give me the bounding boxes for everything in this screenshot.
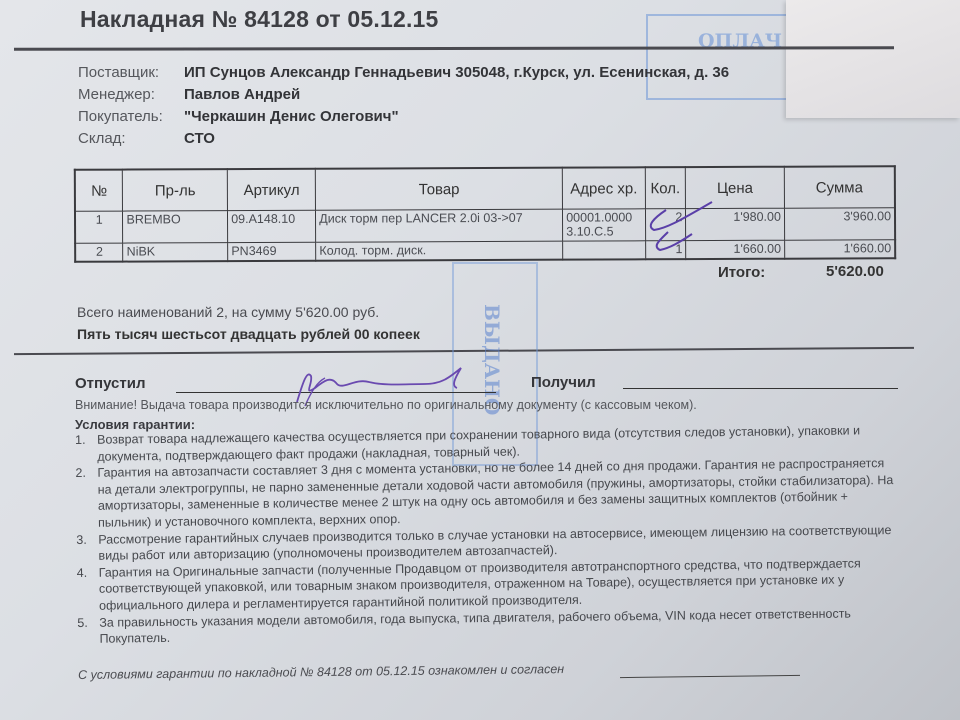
- supplier-value: ИП Сунцов Александр Геннадьевич 305048, …: [184, 62, 729, 84]
- warranty-item-number: 1.: [75, 432, 97, 465]
- received-label: Получил: [531, 374, 596, 391]
- row-address: 00001.0000 3.10.C.5: [563, 209, 646, 241]
- row-address: [563, 241, 646, 259]
- warranty-agreement: С условиями гарантии по накладной № 8412…: [78, 662, 564, 682]
- row-product: Диск торм пер LANCER 2.0i 03->07: [316, 209, 563, 242]
- manager-value: Павлов Андрей: [184, 84, 300, 106]
- checkmark-ink-icon: [640, 196, 720, 266]
- buyer-row: Покупатель: "Черкашин Денис Олегович": [78, 106, 729, 128]
- col-article: Артикул: [227, 169, 315, 211]
- manager-label: Менеджер:: [78, 84, 184, 106]
- folded-paper-corner: [786, 0, 960, 118]
- warranty-item-number: 4.: [77, 564, 100, 614]
- warranty-item-number: 2.: [75, 465, 98, 532]
- row-number: 2: [75, 243, 123, 261]
- invoice-info: Поставщик: ИП Сунцов Александр Геннадьев…: [78, 62, 729, 150]
- supplier-row: Поставщик: ИП Сунцов Александр Геннадьев…: [78, 62, 729, 84]
- items-summary: Всего наименований 2, на сумму 5'620.00 …: [77, 304, 379, 320]
- warranty-item-text: Гарантия на автозапчасти составляет 3 дн…: [97, 455, 896, 531]
- manager-row: Менеджер: Павлов Андрей: [78, 84, 729, 106]
- col-sum: Сумма: [784, 166, 895, 208]
- warning-text: Внимание! Выдача товара производится иск…: [75, 398, 697, 412]
- row-sum: 1'660.00: [785, 240, 896, 258]
- received-signature-line: [623, 388, 898, 389]
- col-number: №: [75, 170, 123, 212]
- table-row: 2 NiBK PN3469 Колод. торм. диск. 1 1'660…: [75, 240, 895, 262]
- row-article: 09.A148.10: [228, 210, 316, 242]
- buyer-value: "Черкашин Денис Олегович": [184, 106, 399, 128]
- warranty-item-number: 3.: [76, 531, 98, 564]
- row-maker: NiBK: [123, 243, 228, 261]
- table-header-row: № Пр-ль Артикул Товар Адрес хр. Кол. Цен…: [75, 166, 895, 211]
- row-number: 1: [75, 211, 123, 243]
- row-product: Колод. торм. диск.: [316, 241, 563, 260]
- supplier-label: Поставщик:: [78, 62, 184, 84]
- warranty-conditions: 1. Возврат товара надлежащего качества о…: [75, 422, 898, 648]
- released-label: Отпустил: [75, 375, 145, 392]
- agreement-signature-line: [620, 675, 800, 678]
- row-sum: 3'960.00: [784, 208, 895, 240]
- warehouse-value: СТО: [184, 128, 215, 150]
- row-maker: BREMBO: [123, 211, 228, 243]
- col-maker: Пр-ль: [123, 169, 228, 211]
- items-table: № Пр-ль Артикул Товар Адрес хр. Кол. Цен…: [74, 165, 896, 262]
- warehouse-label: Склад:: [78, 128, 184, 150]
- col-product: Товар: [316, 168, 563, 211]
- warehouse-row: Склад: СТО: [78, 128, 729, 150]
- invoice-photo: ОПЛАЧ Накладная № 84128 от 05.12.15 Пост…: [0, 0, 960, 720]
- buyer-label: Покупатель:: [78, 106, 184, 128]
- warranty-item: 2. Гарантия на автозапчасти составляет 3…: [75, 455, 896, 531]
- row-article: PN3469: [228, 242, 316, 260]
- warranty-item-number: 5.: [77, 614, 99, 647]
- table-row: 1 BREMBO 09.A148.10 Диск торм пер LANCER…: [75, 208, 895, 244]
- amount-in-words: Пять тысяч шестьсот двадцать рублей 00 к…: [77, 326, 420, 342]
- total-value: 5'620.00: [826, 263, 884, 280]
- col-address: Адрес хр.: [562, 167, 645, 209]
- total-label: Итого:: [718, 264, 765, 281]
- invoice-title: Накладная № 84128 от 05.12.15: [80, 6, 439, 33]
